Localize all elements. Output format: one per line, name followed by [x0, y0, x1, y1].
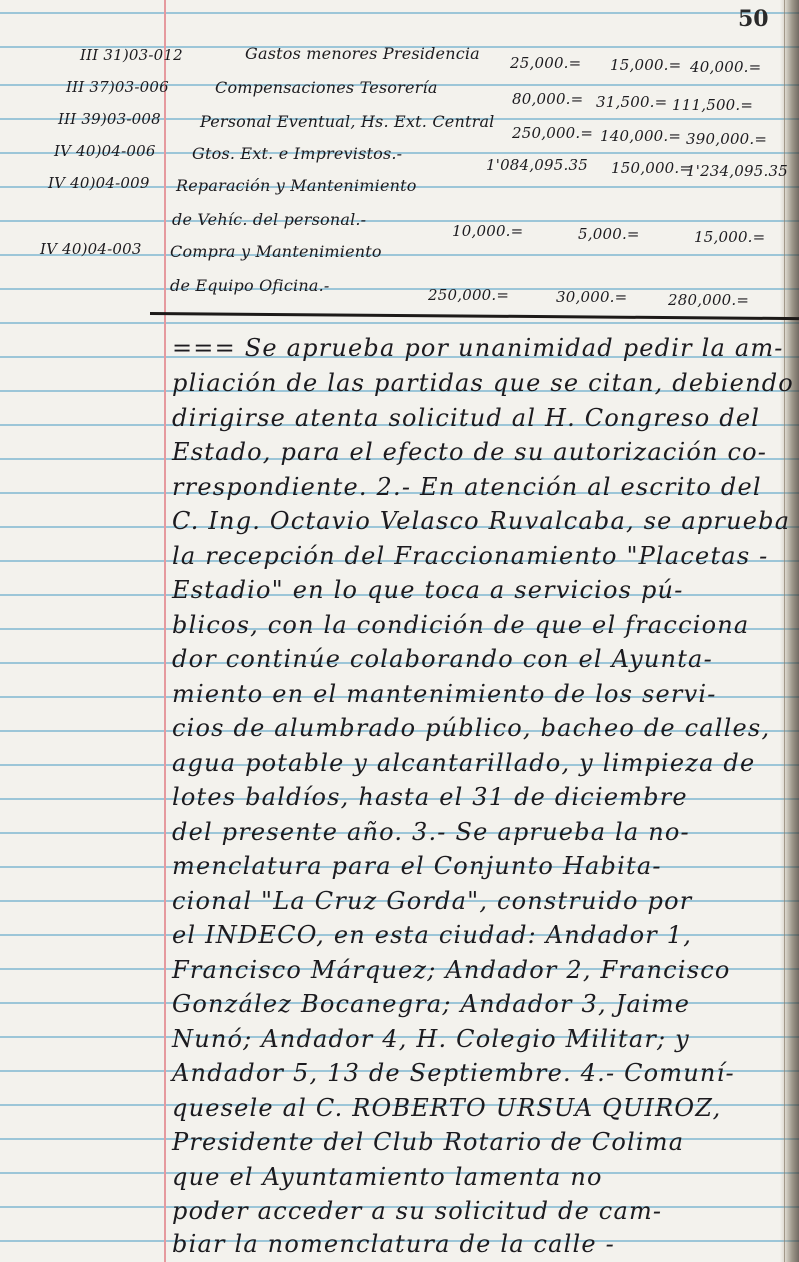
- text-line: biar la nomenclatura de la calle -: [172, 1230, 615, 1258]
- text-line: Nunó; Andador 4, H. Colegio Militar; y: [172, 1025, 690, 1053]
- amount-2: 30,000.=: [556, 288, 627, 306]
- amount-1: 25,000.=: [510, 54, 581, 72]
- account-description: Compensaciones Tesorería: [215, 78, 438, 97]
- account-code: IV 40)04-009: [48, 174, 150, 192]
- text-line: Francisco Márquez; Andador 2, Francisco: [172, 956, 731, 984]
- text-line: pliación de las partidas que se citan, d…: [172, 369, 794, 397]
- amount-total: 280,000.=: [668, 291, 749, 309]
- text-line: del presente año. 3.- Se aprueba la no-: [172, 818, 690, 846]
- text-line: agua potable y alcantarillado, y limpiez…: [172, 749, 755, 777]
- page-number: 50: [738, 6, 769, 32]
- text-line: González Bocanegra; Andador 3, Jaime: [172, 990, 690, 1018]
- text-line: poder acceder a su solicitud de cam-: [172, 1197, 662, 1225]
- amount-total: 111,500.=: [672, 96, 753, 114]
- account-description: Gtos. Ext. e Imprevistos.-: [192, 144, 402, 163]
- section-divider-rule: [150, 312, 799, 320]
- text-line: === Se aprueba por unanimidad pedir la a…: [172, 334, 784, 362]
- text-line: Presidente del Club Rotario de Colima: [172, 1128, 684, 1156]
- text-line: el INDECO, en esta ciudad: Andador 1,: [172, 921, 692, 949]
- amount-1: 250,000.=: [428, 286, 509, 304]
- account-description: Reparación y Mantenimiento: [176, 176, 417, 195]
- text-line: miento en el mantenimiento de los servi-: [172, 680, 717, 708]
- amount-total: 40,000.=: [690, 58, 761, 76]
- text-line: menclatura para el Conjunto Habita-: [172, 852, 662, 880]
- amount-1: 10,000.=: [452, 222, 523, 240]
- account-code: III 39)03-008: [58, 110, 161, 128]
- text-line: Estadio" en lo que toca a servicios pú-: [172, 576, 684, 604]
- account-description: Personal Eventual, Hs. Ext. Central: [200, 112, 495, 131]
- amount-2: 140,000.=: [600, 127, 681, 145]
- text-line: que el Ayuntamiento lamenta no: [172, 1163, 603, 1191]
- amount-1: 250,000.=: [512, 124, 593, 142]
- account-code: III 37)03-006: [66, 78, 169, 96]
- account-description-cont: de Vehíc. del personal.-: [172, 210, 366, 229]
- amount-2: 5,000.=: [578, 225, 640, 243]
- text-line: lotes baldíos, hasta el 31 de diciembre: [172, 783, 688, 811]
- account-code: III 31)03-012: [80, 46, 183, 64]
- text-line: cional "La Cruz Gorda", construido por: [172, 887, 692, 915]
- amount-1: 1'084,095.35: [486, 156, 588, 174]
- binding-edge: [784, 0, 785, 1262]
- account-code: IV 40)04-006: [54, 142, 156, 160]
- amount-1: 80,000.=: [512, 90, 583, 108]
- text-line: dirigirse atenta solicitud al H. Congres…: [172, 404, 760, 432]
- amount-2: 31,500.=: [596, 93, 667, 111]
- amount-total: 15,000.=: [694, 228, 765, 246]
- text-line: Andador 5, 13 de Septiembre. 4.- Comuní-: [172, 1059, 735, 1087]
- text-line: blicos, con la condición de que el fracc…: [172, 611, 749, 639]
- text-line: quesele al C. ROBERTO URSUA QUIROZ,: [172, 1094, 722, 1122]
- ledger-page: 50 III 31)03-012 Gastos menores Presiden…: [0, 0, 799, 1262]
- account-description: Gastos menores Presidencia: [245, 44, 480, 63]
- amount-total: 390,000.=: [686, 130, 767, 148]
- amount-total: 1'234,095.35: [686, 162, 788, 180]
- account-description: Compra y Mantenimiento: [170, 242, 382, 261]
- text-line: rrespondiente. 2.- En atención al escrit…: [172, 473, 762, 501]
- amount-2: 15,000.=: [610, 56, 681, 74]
- amount-2: 150,000.=: [611, 159, 692, 177]
- text-line: Estado, para el efecto de su autorizació…: [172, 438, 767, 466]
- text-line: cios de alumbrado público, bacheo de cal…: [172, 714, 770, 742]
- margin-line: [164, 0, 166, 1262]
- text-line: la recepción del Fraccionamiento "Placet…: [172, 542, 768, 570]
- account-description-cont: de Equipo Oficina.-: [170, 276, 329, 295]
- text-line: C. Ing. Octavio Velasco Ruvalcaba, se ap…: [172, 507, 790, 535]
- account-code: IV 40)04-003: [40, 240, 142, 258]
- text-line: dor continúe colaborando con el Ayunta-: [172, 645, 713, 673]
